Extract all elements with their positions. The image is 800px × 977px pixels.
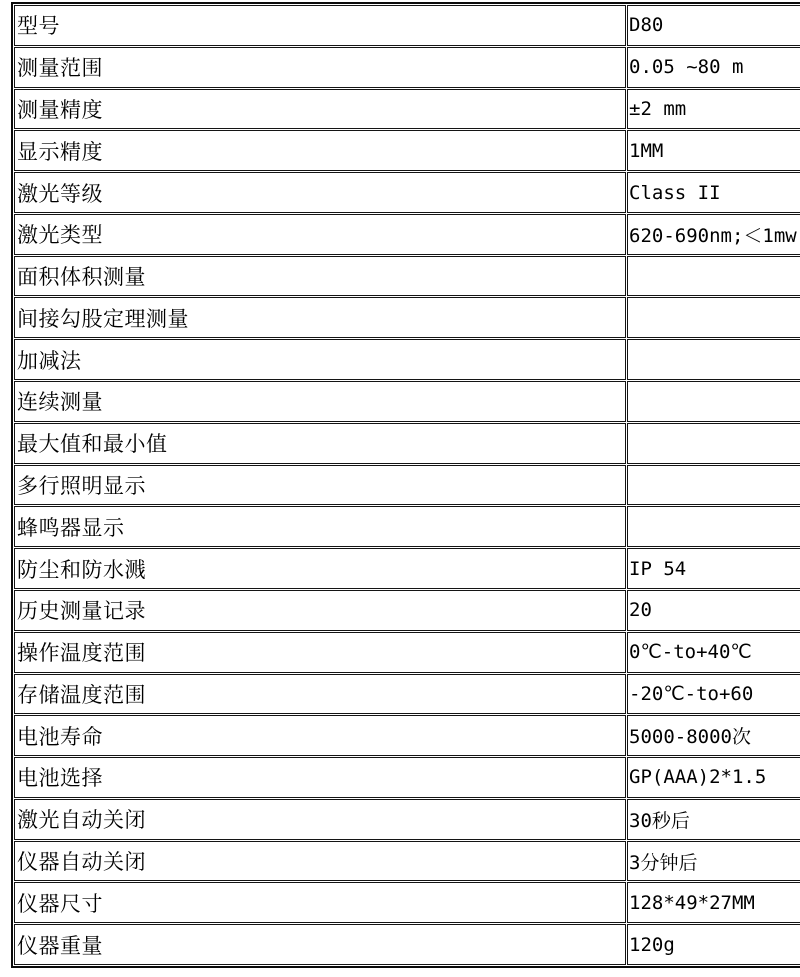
table-row: 激光自动关闭30秒后 bbox=[14, 799, 800, 840]
spec-label-cell: 历史测量记录 bbox=[14, 590, 626, 631]
table-row: 最大值和最小值 bbox=[14, 423, 800, 464]
spec-label-cell: 仪器重量 bbox=[14, 924, 626, 965]
spec-table-body: 型号D80测量范围0.05 ~80 m测量精度±2 mm显示精度1MM激光等级C… bbox=[14, 5, 800, 965]
spec-label-cell: 加减法 bbox=[14, 339, 626, 380]
spec-value-cell: 0℃-to+40℃ bbox=[627, 632, 800, 673]
spec-value-cell bbox=[627, 423, 800, 464]
table-row: 操作温度范围0℃-to+40℃ bbox=[14, 632, 800, 673]
spec-value-cell: -20℃-to+60 bbox=[627, 674, 800, 715]
spec-label-cell: 仪器自动关闭 bbox=[14, 841, 626, 882]
table-row: 防尘和防水溅IP 54 bbox=[14, 548, 800, 589]
table-row: 历史测量记录20 bbox=[14, 590, 800, 631]
table-row: 连续测量 bbox=[14, 381, 800, 422]
spec-label-cell: 仪器尺寸 bbox=[14, 882, 626, 923]
spec-value-cell: 1MM bbox=[627, 130, 800, 171]
table-row: 测量范围0.05 ~80 m bbox=[14, 47, 800, 88]
spec-label-cell: 面积体积测量 bbox=[14, 256, 626, 297]
spec-value-cell bbox=[627, 297, 800, 338]
spec-value-cell bbox=[627, 381, 800, 422]
spec-value-cell: 30秒后 bbox=[627, 799, 800, 840]
spec-label-cell: 电池寿命 bbox=[14, 715, 626, 756]
spec-label-cell: 防尘和防水溅 bbox=[14, 548, 626, 589]
table-row: 电池选择GP(AAA)2*1.5 bbox=[14, 757, 800, 798]
table-row: 仪器重量120g bbox=[14, 924, 800, 965]
spec-value-cell: GP(AAA)2*1.5 bbox=[627, 757, 800, 798]
spec-label-cell: 测量精度 bbox=[14, 89, 626, 130]
table-row: 面积体积测量 bbox=[14, 256, 800, 297]
spec-value-cell: D80 bbox=[627, 5, 800, 46]
spec-label-cell: 电池选择 bbox=[14, 757, 626, 798]
spec-value-cell: Class II bbox=[627, 172, 800, 213]
spec-label-cell: 多行照明显示 bbox=[14, 465, 626, 506]
spec-value-cell: IP 54 bbox=[627, 548, 800, 589]
spec-value-cell: 620-690nm;＜1mw bbox=[627, 214, 800, 255]
table-row: 多行照明显示 bbox=[14, 465, 800, 506]
spec-value-cell bbox=[627, 256, 800, 297]
table-row: 型号D80 bbox=[14, 5, 800, 46]
spec-value-cell bbox=[627, 339, 800, 380]
spec-label-cell: 型号 bbox=[14, 5, 626, 46]
spec-label-cell: 操作温度范围 bbox=[14, 632, 626, 673]
spec-label-cell: 测量范围 bbox=[14, 47, 626, 88]
spec-value-cell bbox=[627, 465, 800, 506]
table-row: 加减法 bbox=[14, 339, 800, 380]
table-row: 存储温度范围-20℃-to+60 bbox=[14, 674, 800, 715]
table-row: 显示精度1MM bbox=[14, 130, 800, 171]
spec-value-cell: 5000-8000次 bbox=[627, 715, 800, 756]
spec-value-cell: 120g bbox=[627, 924, 800, 965]
spec-label-cell: 激光类型 bbox=[14, 214, 626, 255]
spec-table: 型号D80测量范围0.05 ~80 m测量精度±2 mm显示精度1MM激光等级C… bbox=[11, 2, 800, 968]
table-row: 测量精度±2 mm bbox=[14, 89, 800, 130]
spec-value-cell: ±2 mm bbox=[627, 89, 800, 130]
spec-value-cell: 3分钟后 bbox=[627, 841, 800, 882]
table-row: 激光类型620-690nm;＜1mw bbox=[14, 214, 800, 255]
spec-value-cell: 128*49*27MM bbox=[627, 882, 800, 923]
table-row: 仪器自动关闭3分钟后 bbox=[14, 841, 800, 882]
spec-value-cell bbox=[627, 506, 800, 547]
spec-label-cell: 间接勾股定理测量 bbox=[14, 297, 626, 338]
table-row: 电池寿命5000-8000次 bbox=[14, 715, 800, 756]
spec-label-cell: 激光自动关闭 bbox=[14, 799, 626, 840]
spec-value-cell: 0.05 ~80 m bbox=[627, 47, 800, 88]
spec-label-cell: 蜂鸣器显示 bbox=[14, 506, 626, 547]
spec-label-cell: 最大值和最小值 bbox=[14, 423, 626, 464]
spec-label-cell: 显示精度 bbox=[14, 130, 626, 171]
spec-label-cell: 连续测量 bbox=[14, 381, 626, 422]
table-row: 间接勾股定理测量 bbox=[14, 297, 800, 338]
spec-label-cell: 存储温度范围 bbox=[14, 674, 626, 715]
table-row: 仪器尺寸128*49*27MM bbox=[14, 882, 800, 923]
table-row: 激光等级Class II bbox=[14, 172, 800, 213]
spec-label-cell: 激光等级 bbox=[14, 172, 626, 213]
table-row: 蜂鸣器显示 bbox=[14, 506, 800, 547]
spec-value-cell: 20 bbox=[627, 590, 800, 631]
